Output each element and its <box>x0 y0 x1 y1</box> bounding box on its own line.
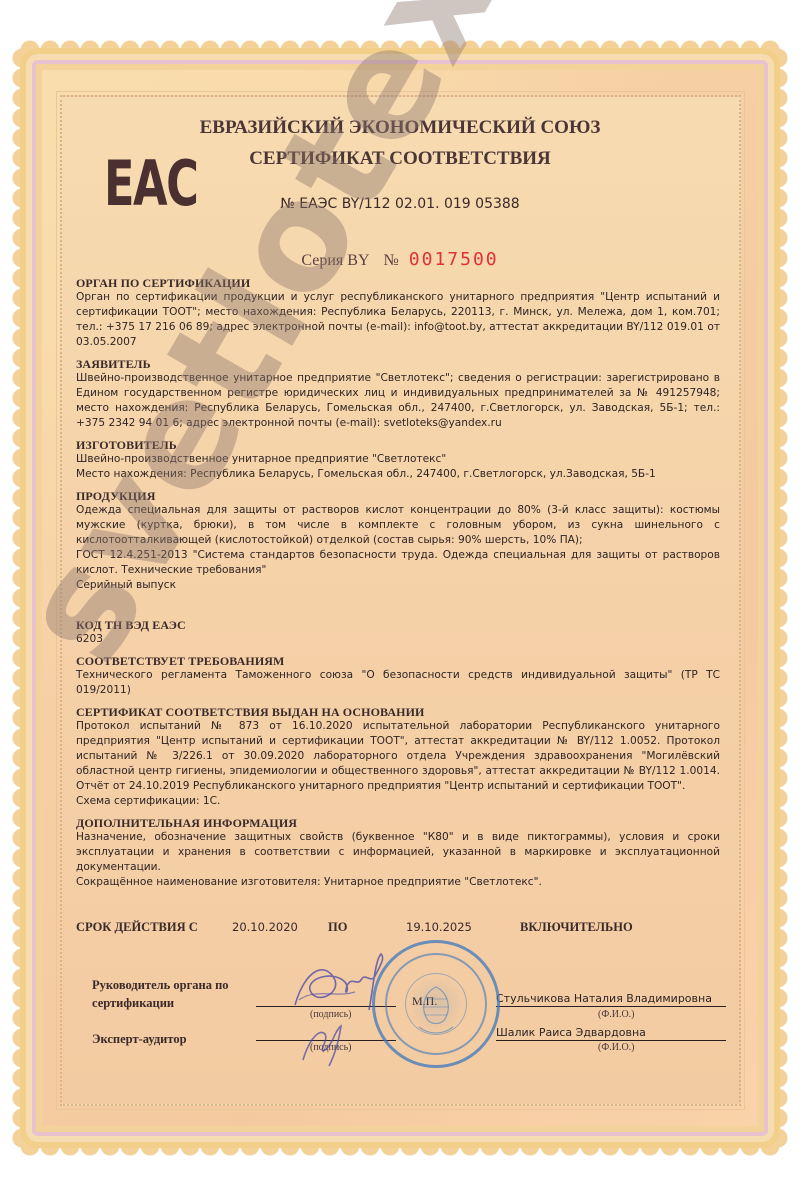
section-manufacturer: ИЗГОТОВИТЕЛЬ Швейно-производственное уни… <box>76 438 720 482</box>
section-text: ГОСТ 12.4.251-2013 "Система стандартов б… <box>76 548 720 578</box>
section-title: ПРОДУКЦИЯ <box>76 489 720 503</box>
validity-inclusive-label: ВКЛЮЧИТЕЛЬНО <box>520 920 633 935</box>
expert-signature-icon <box>295 1020 355 1070</box>
section-product: ПРОДУКЦИЯ Одежда специальная для защиты … <box>76 489 720 593</box>
document-title: СЕРТИФИКАТ СООТВЕТСТВИЯ <box>100 148 700 170</box>
section-title: СЕРТИФИКАТ СООТВЕТСТВИЯ ВЫДАН НА ОСНОВАН… <box>76 705 720 719</box>
series-label: Серия BY <box>301 252 369 269</box>
section-hs-code: КОД ТН ВЭД ЕАЭС 6203 <box>76 618 720 647</box>
name-caption: (Ф.И.О.) <box>598 1009 635 1020</box>
section-certification-body: ОРГАН ПО СЕРТИФИКАЦИИ Орган по сертифика… <box>76 276 720 350</box>
section-additional-info: ДОПОЛНИТЕЛЬНАЯ ИНФОРМАЦИЯ Назначение, об… <box>76 816 720 890</box>
section-text: Сокращённое наименование изготовителя: У… <box>76 875 720 890</box>
section-text: Назначение, обозначение защитных свойств… <box>76 830 720 875</box>
section-applicant: ЗАЯВИТЕЛЬ Швейно-производственное унитар… <box>76 357 720 431</box>
series-line: Серия BY№0017500 <box>100 249 700 270</box>
number-sign: № <box>384 252 399 269</box>
signatory-name: Шалик Раиса Эдвардовна <box>496 1026 646 1039</box>
name-caption: (Ф.И.О.) <box>598 1042 635 1053</box>
section-title: СООТВЕТСТВУЕТ ТРЕБОВАНИЯМ <box>76 654 720 668</box>
section-text: Место нахождения: Республика Беларусь, Г… <box>76 467 720 482</box>
section-title: ИЗГОТОВИТЕЛЬ <box>76 438 720 452</box>
section-text: Орган по сертификации продукции и услуг … <box>76 290 720 350</box>
certificate-number: № ЕАЭС BY/112 02.01. 019 05388 <box>100 196 700 212</box>
name-line <box>496 1006 726 1007</box>
section-title: КОД ТН ВЭД ЕАЭС <box>76 618 720 632</box>
section-requirements: СООТВЕТСТВУЕТ ТРЕБОВАНИЯМ Технического р… <box>76 654 720 698</box>
serial-number: 0017500 <box>409 249 499 270</box>
validity-from-label: СРОК ДЕЙСТВИЯ С <box>76 920 198 935</box>
section-text: Схема сертификации: 1С. <box>76 794 720 809</box>
section-text: Технического регламента Таможенного союз… <box>76 668 720 698</box>
section-title: ДОПОЛНИТЕЛЬНАЯ ИНФОРМАЦИЯ <box>76 816 720 830</box>
validity-to-date: 19.10.2025 <box>406 920 472 934</box>
section-title: ОРГАН ПО СЕРТИФИКАЦИИ <box>76 276 720 290</box>
certificate-body: ОРГАН ПО СЕРТИФИКАЦИИ Орган по сертифика… <box>76 276 720 897</box>
section-text: Протокол испытаний № 873 от 16.10.2020 и… <box>76 719 720 794</box>
signatory-role: Руководитель органа по сертификации <box>92 976 252 1012</box>
name-line <box>496 1040 726 1041</box>
section-basis: СЕРТИФИКАТ СООТВЕТСТВИЯ ВЫДАН НА ОСНОВАН… <box>76 705 720 809</box>
validity-to-label: ПО <box>328 920 347 935</box>
section-text: Серийный выпуск <box>76 578 720 593</box>
section-text: Швейно-производственное унитарное предпр… <box>76 371 720 431</box>
union-title: ЕВРАЗИЙСКИЙ ЭКОНОМИЧЕСКИЙ СОЮЗ <box>100 117 700 139</box>
signatory-role: Эксперт-аудитор <box>92 1030 187 1048</box>
signatory-name: Стульчикова Наталия Владимировна <box>496 992 712 1005</box>
section-title: ЗАЯВИТЕЛЬ <box>76 357 720 371</box>
section-text: Швейно-производственное унитарное предпр… <box>76 452 720 467</box>
validity-period: СРОК ДЕЙСТВИЯ С 20.10.2020 ПО 19.10.2025… <box>76 920 720 940</box>
section-text: Одежда специальная для защиты от раствор… <box>76 503 720 548</box>
official-stamp-icon <box>372 940 500 1068</box>
section-text: 6203 <box>76 632 720 647</box>
validity-from-date: 20.10.2020 <box>232 920 298 934</box>
